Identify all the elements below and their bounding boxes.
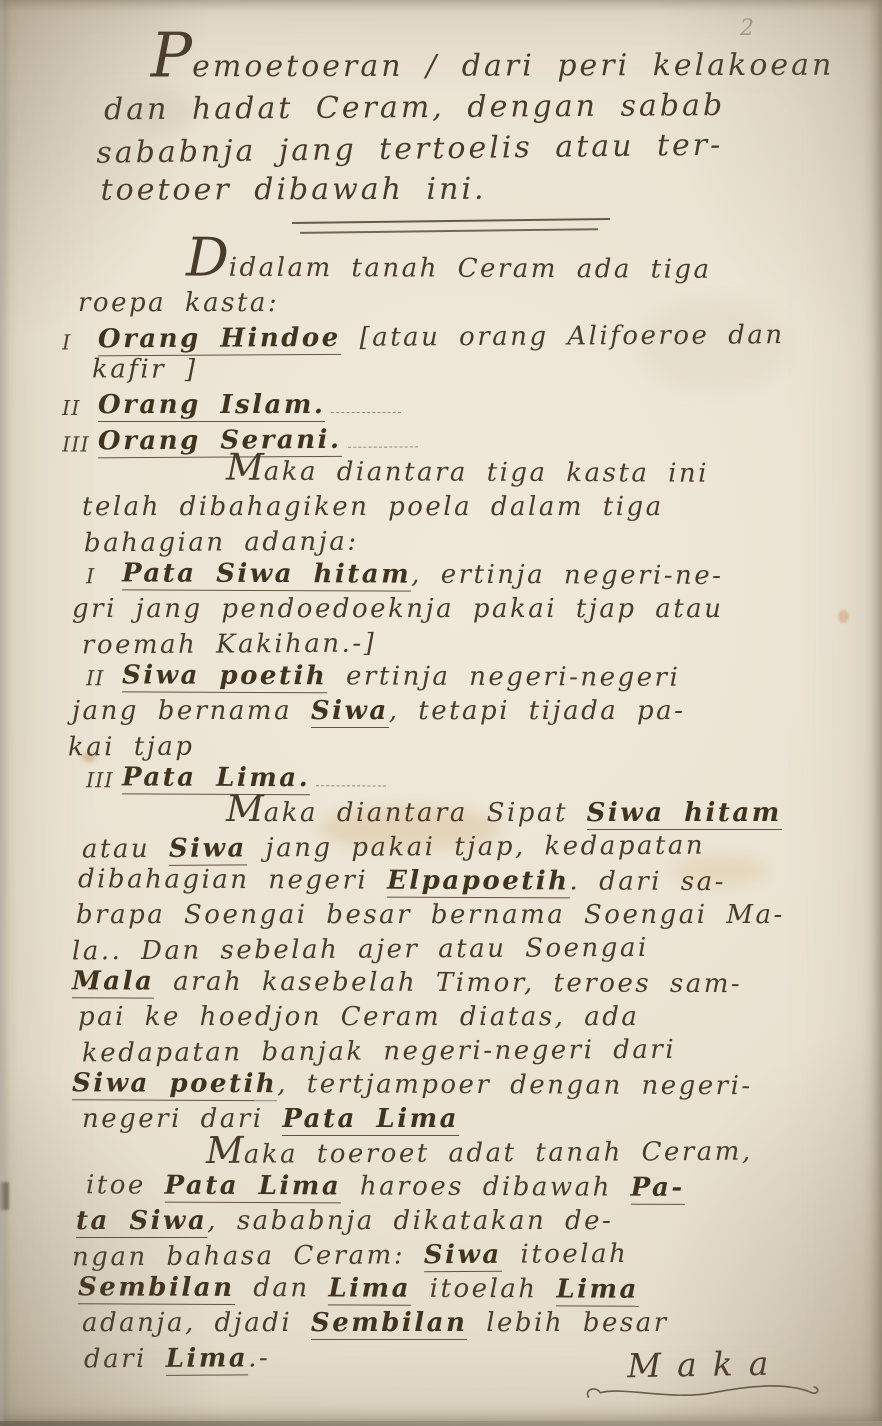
handwriting-text: gri jang pendoedoeknja pakai tjap atau <box>72 594 723 624</box>
scan-bottom-edge <box>0 1421 882 1426</box>
handwritten-line: IIIOrang Serani. <box>98 420 862 459</box>
handwriting-text: lebih besar <box>467 1308 668 1338</box>
underlined-term: Pa- <box>631 1173 685 1205</box>
handwritten-line: pai ke hoedjon Ceram diatas, ada <box>78 1000 862 1034</box>
catchword-text: Maka <box>619 1344 785 1386</box>
handwriting-text: ertinja negeri-negeri <box>327 661 680 693</box>
underlined-term: Orang Hindoe <box>98 323 341 356</box>
underlined-term: Siwa <box>169 833 247 865</box>
handwritten-line: la.. Dan sebelah ajer atau Soengai <box>72 930 862 969</box>
handwritten-line: jang bernama Siwa, tetapi tijada pa- <box>72 694 862 728</box>
handwriting-text: , tetapi tijada pa- <box>389 696 686 726</box>
handwritten-line: negeri dari Pata Lima <box>82 1102 862 1136</box>
heading-line: toetoer dibawah ini. <box>101 168 865 211</box>
underlined-term: Mala <box>72 966 154 998</box>
underlined-term: Pata Lima <box>165 1171 342 1204</box>
handwriting-text: itoelah <box>411 1274 557 1305</box>
handwritten-line: brapa Soengai besar bernama Soengai Ma- <box>76 898 862 932</box>
handwriting-text: aka diantara Sipat <box>264 798 587 828</box>
underline-flourish <box>331 398 401 413</box>
underline-flourish <box>316 771 386 787</box>
handwritten-line: kedapatan banjak negeri-negeri dari <box>82 1032 862 1071</box>
margin-numeral: II <box>62 391 80 425</box>
handwriting-text: pai ke hoedjon Ceram diatas, ada <box>78 1002 639 1032</box>
handwritten-line: IISiwa poetih ertinja negeri-negeri <box>122 658 862 695</box>
handwritten-line: ta Siwa, sababnja dikatakan de- <box>76 1204 862 1238</box>
underline-flourish <box>347 432 417 448</box>
handwritten-line: telah dibahagiken poela dalam tiga <box>82 490 862 524</box>
handwriting-text: M <box>226 446 264 489</box>
handwriting-text: toetoer dibawah ini. <box>101 172 487 208</box>
handwriting-text: itoelah <box>502 1239 629 1270</box>
handwriting-text: arah kasebelah Timor, teroes sam- <box>154 967 742 1000</box>
handwritten-line: Didalam tanah Ceram ada tiga <box>186 251 862 288</box>
margin-numeral: I <box>62 325 71 359</box>
heading-line: Pemoetoeran / dari peri kelakoean <box>151 45 864 88</box>
handwriting-text: , sababnja dikatakan de- <box>207 1206 613 1236</box>
handwriting-text: kai tjap <box>68 732 195 763</box>
underlined-term: Siwa poetih <box>122 660 327 693</box>
underlined-term: Orang Serani. <box>98 425 342 458</box>
handwriting-text: dibahagian negeri <box>78 864 387 895</box>
handwritten-line: adanja, djadi Sembilan lebih besar <box>82 1306 862 1340</box>
catchword: Maka <box>582 1343 823 1406</box>
handwriting-text: telah dibahagiken poela dalam tiga <box>82 492 664 522</box>
underlined-term: Siwa <box>424 1240 502 1272</box>
handwriting-text: bahagian adanja: <box>84 527 359 559</box>
handwriting-text: roemah Kakihan.-] <box>82 629 377 661</box>
handwritten-line: atau Siwa jang pakai tjap, kedapatan <box>82 828 862 867</box>
handwritten-line: itoe Pata Lima haroes dibawah Pa- <box>86 1168 862 1205</box>
handwriting-text: ngan bahasa Ceram: <box>72 1240 424 1272</box>
handwriting-text: dan <box>234 1273 328 1303</box>
underlined-term: Orang Islam. <box>98 390 325 422</box>
handwritten-line: IOrang Hindoe [atau orang Alifoeroe dan <box>98 318 862 357</box>
handwriting-text: brapa Soengai besar bernama Soengai Ma- <box>76 900 785 930</box>
handwriting-text: jang bernama <box>72 696 311 726</box>
handwriting-text: aka diantara tiga kasta ini <box>264 457 709 489</box>
underlined-term: Siwa hitam <box>587 798 782 830</box>
handwriting-text: dari <box>84 1344 166 1374</box>
underlined-term: Sembilan <box>311 1308 468 1340</box>
underlined-term: Lima <box>166 1343 249 1376</box>
handwriting-text: jang pakai tjap, kedapatan <box>247 831 705 864</box>
handwriting-text: negeri dari <box>82 1104 282 1134</box>
handwriting-text: itoe <box>86 1170 165 1200</box>
handwriting-text: aka toeroet adat tanah Ceram, <box>244 1137 753 1170</box>
underlined-term: Lima <box>328 1273 411 1305</box>
underlined-term: Siwa <box>311 696 389 728</box>
handwriting-text: atau <box>82 834 169 865</box>
page-number: 2 <box>740 16 755 41</box>
handwritten-line: bahagian adanja: <box>84 522 862 561</box>
handwritten-line: IPata Siwa hitam, ertinja negeri-ne- <box>122 556 862 593</box>
underlined-term: Elpapoetih <box>387 866 570 899</box>
underlined-term: Pata Siwa hitam <box>122 558 411 591</box>
underlined-term: Pata Lima <box>282 1104 459 1136</box>
handwriting-text: adanja, djadi <box>82 1308 311 1338</box>
handwritten-line: Mala arah kasebelah Timor, teroes sam- <box>72 964 862 1001</box>
handwritten-line: ngan bahasa Ceram: Siwa itoelah <box>72 1236 862 1275</box>
handwritten-line: Maka toeroet adat tanah Ceram, <box>206 1134 862 1172</box>
handwritten-line: Siwa poetih, tertjampoer dengan negeri- <box>72 1066 862 1103</box>
handwriting-text: sababnja jang tertoelis atau ter- <box>96 128 723 171</box>
handwriting-text: emoetoeran / dari peri kelakoean <box>192 48 834 85</box>
handwritten-line: IIOrang Islam. <box>98 388 862 422</box>
underlined-term: Lima <box>556 1274 639 1306</box>
margin-numeral: I <box>86 559 95 593</box>
heading-divider-rule <box>292 218 610 234</box>
handwriting-text: .- <box>248 1343 270 1373</box>
manuscript-page: 2 Pemoetoeran / dari peri kelakoeandan h… <box>0 0 882 1426</box>
handwriting-text: P <box>151 19 193 91</box>
handwritten-line: roemah Kakihan.-] <box>82 624 862 663</box>
handwriting-text: dan hadat Ceram, dengan sabab <box>104 88 725 127</box>
handwritten-line: roepa kasta: <box>78 286 862 320</box>
handwritten-line: gri jang pendoedoeknja pakai tjap atau <box>72 592 862 626</box>
handwritten-line: Maka diantara tiga kasta ini <box>226 455 862 492</box>
handwriting-text: roepa kasta: <box>78 288 279 318</box>
handwritten-line: Sembilan dan Lima itoelah Lima <box>78 1270 862 1307</box>
handwritten-line: kafir ] <box>92 352 862 389</box>
handwriting-text: , ertinja negeri-ne- <box>411 560 723 591</box>
handwriting-text: kedapatan banjak negeri-negeri dari <box>82 1035 676 1069</box>
underlined-term: Pata Lima. <box>122 762 310 795</box>
handwriting-text: M <box>206 1129 244 1172</box>
heading-line: sababnja jang tertoelis atau ter- <box>96 123 864 174</box>
handwriting-text: haroes dibawah <box>341 1171 631 1202</box>
handwriting-text: kafir ] <box>92 354 198 384</box>
handwriting-text: , tertjampoer dengan negeri- <box>277 1069 753 1101</box>
handwriting-text: [atau orang Alifoeroe dan <box>341 320 785 353</box>
handwriting-text: D <box>186 227 229 289</box>
margin-numeral: III <box>86 763 114 797</box>
handwriting-text: idalam tanah Ceram ada tiga <box>229 253 712 285</box>
underlined-term: Sembilan <box>78 1272 235 1305</box>
margin-numeral: II <box>86 661 105 695</box>
handwriting-text: . dari sa- <box>570 866 726 897</box>
handwriting-text: la.. Dan sebelah ajer atau Soengai <box>72 933 649 967</box>
handwritten-line: kai tjap <box>68 726 862 765</box>
handwriting-text: M <box>226 787 264 830</box>
document-body: Didalam tanah Ceram ada tigaroepa kasta:… <box>0 248 882 1374</box>
underlined-term: ta Siwa <box>76 1206 207 1238</box>
handwritten-line: Maka diantara Sipat Siwa hitam <box>226 796 862 830</box>
margin-numeral: III <box>62 427 90 461</box>
handwritten-line: dibahagian negeri Elpapoetih. dari sa- <box>78 862 862 899</box>
underlined-term: Siwa poetih <box>72 1068 277 1101</box>
